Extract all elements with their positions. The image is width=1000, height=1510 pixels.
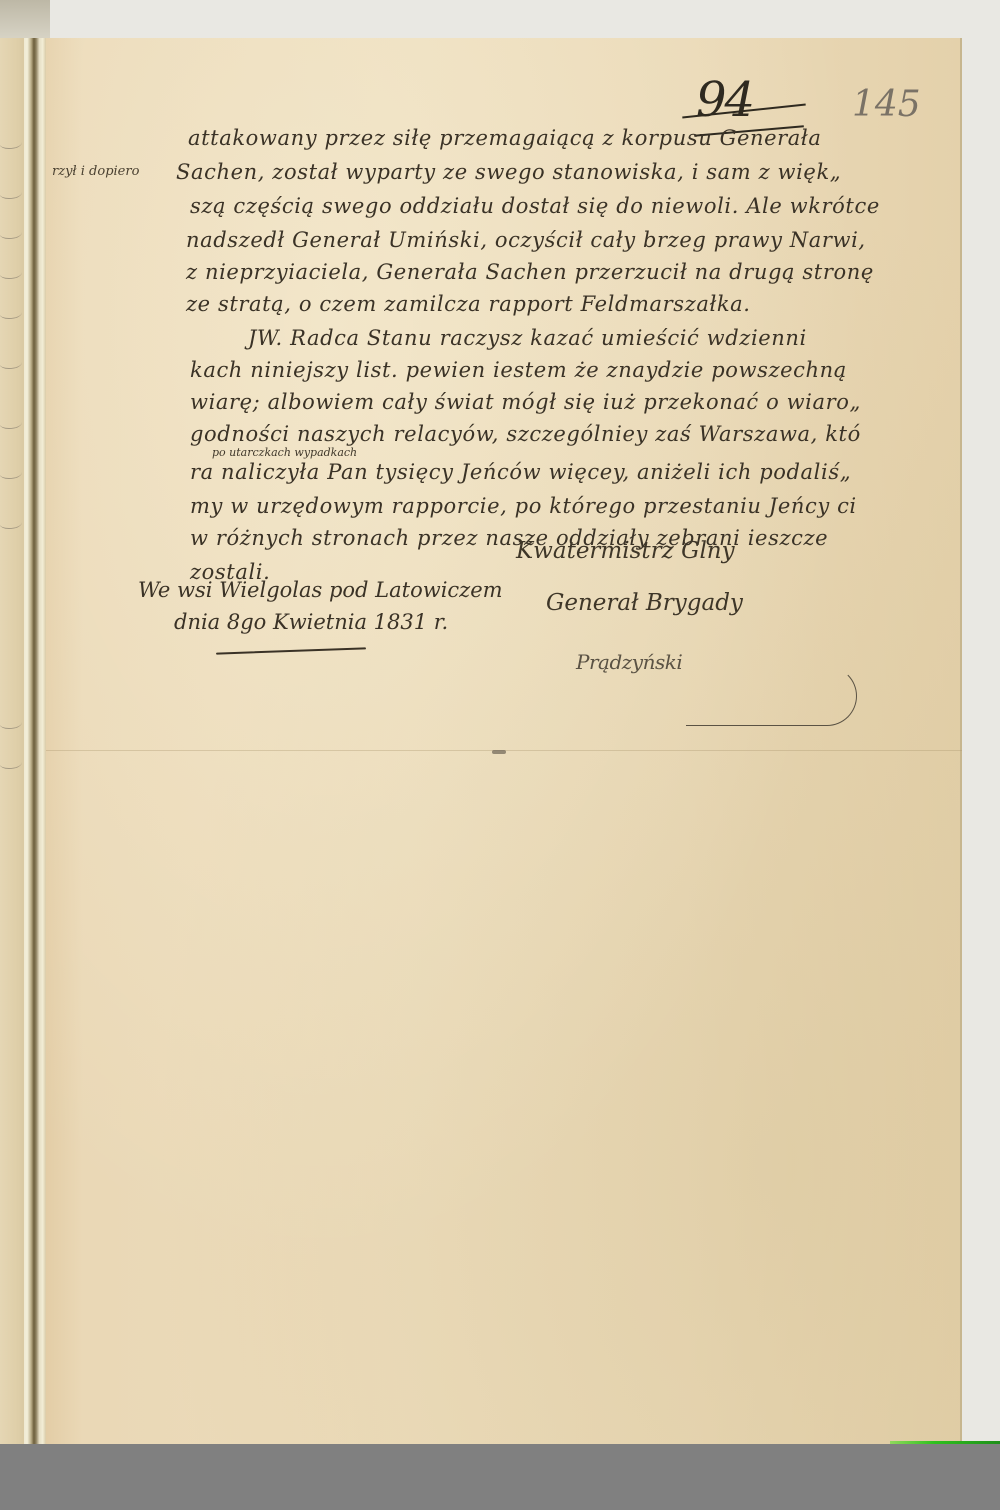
folio-number-new: 145: [852, 84, 921, 125]
binding-gutter: [24, 38, 46, 1444]
text-line: ra naliczyła Pan tysięcy Jeńców więcey, …: [190, 460, 851, 484]
interlinear-insertion: po utarczkach wypadkach: [212, 446, 357, 459]
text-line: attakowany przez siłę przemagaiącą z kor…: [188, 126, 821, 150]
scanner-edge: [0, 0, 50, 40]
adjacent-page-text-fragment: [0, 308, 22, 319]
adjacent-page-text-fragment: [0, 518, 22, 529]
adjacent-page-text-fragment: [0, 268, 22, 279]
adjacent-page-text-fragment: [0, 758, 22, 769]
signatory-rank: Generał Brygady: [546, 590, 743, 616]
margin-note: rzył i dopiero: [52, 164, 139, 179]
bottom-bar: [0, 1444, 1000, 1510]
signature: Prądzyński: [576, 650, 682, 674]
text-line: ze stratą, o czem zamilcza rapport Feldm…: [186, 292, 751, 316]
adjacent-page-text-fragment: [0, 718, 22, 729]
scan-area: 94 145 rzył i dopiero attakowany przez s…: [0, 0, 1000, 1444]
closing-rule: [216, 647, 366, 654]
signatory-title: Kwatermistrz Glny: [516, 538, 735, 564]
text-line: z nieprzyiaciela, Generała Sachen przerz…: [186, 260, 874, 284]
date-line: dnia 8go Kwietnia 1831 r.: [174, 610, 448, 634]
scanner-background: [962, 38, 1000, 1444]
paper-damage: [492, 750, 506, 754]
adjacent-page-text-fragment: [0, 138, 22, 149]
adjacent-page-text-fragment: [0, 418, 22, 429]
place-line: We wsi Wielgolas pod Latowiczem: [138, 578, 503, 602]
signature-flourish: [686, 666, 857, 726]
text-line: kach niniejszy list. pewien iestem że zn…: [190, 358, 847, 382]
text-line: godności naszych relacyów, szczególniey …: [190, 422, 861, 446]
text-line: szą częścią swego oddziału dostał się do…: [190, 194, 880, 218]
text-line: nadszedł Generał Umiński, oczyścił cały …: [186, 228, 866, 252]
adjacent-page-edge: [0, 38, 24, 1444]
folio-number-old: 94: [696, 72, 753, 128]
adjacent-page-text-fragment: [0, 468, 22, 479]
adjacent-page-text-fragment: [0, 358, 22, 369]
text-line: Sachen, został wyparty ze swego stanowis…: [176, 160, 841, 184]
text-line: wiarę; albowiem cały świat mógł się iuż …: [190, 390, 861, 414]
text-line: my w urzędowym rapporcie, po którego prz…: [190, 494, 857, 518]
text-line: JW. Radca Stanu raczysz kazać umieścić w…: [248, 326, 807, 350]
manuscript-page: 94 145 rzył i dopiero attakowany przez s…: [46, 38, 962, 1444]
adjacent-page-text-fragment: [0, 188, 22, 199]
adjacent-page-text-fragment: [0, 228, 22, 239]
